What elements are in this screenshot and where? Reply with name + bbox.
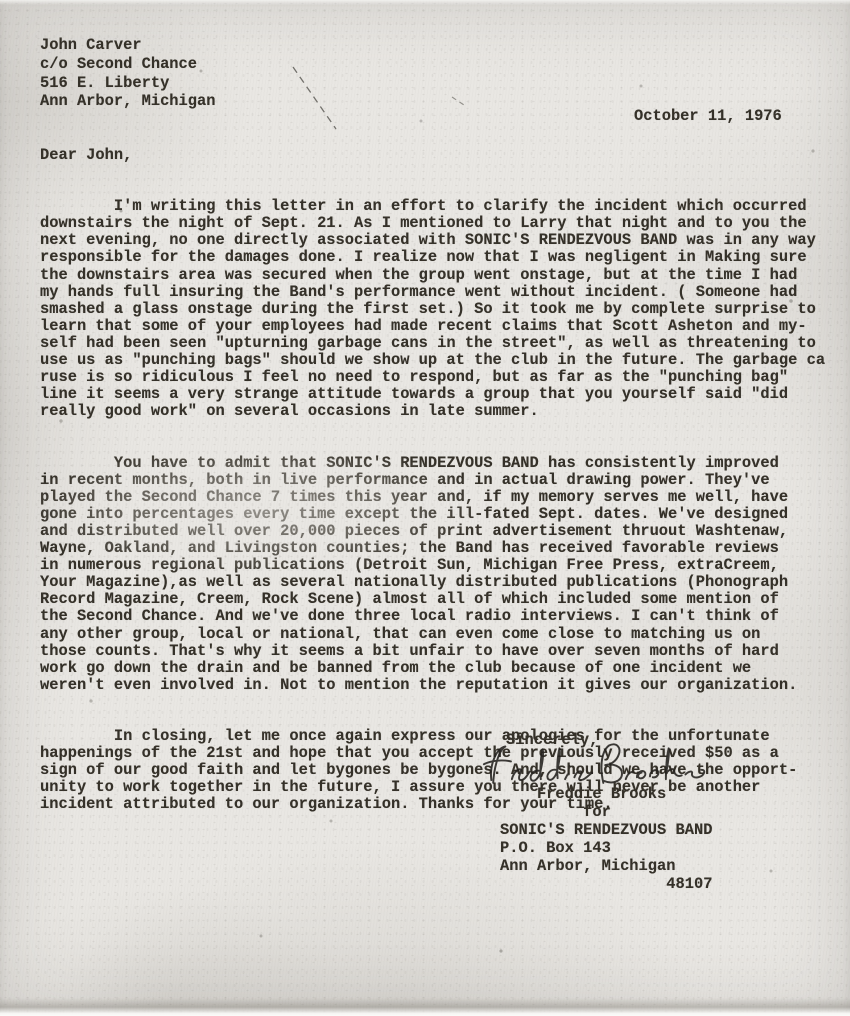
letter-date: October 11, 1976 (634, 107, 782, 125)
signature-block: Freddie Brooks for SONIC'S RENDEZVOUS BA… (500, 785, 712, 893)
paragraph-1: I'm writing this letter in an effort to … (40, 198, 825, 420)
scan-top-edge (0, 0, 850, 5)
paragraph-2: You have to admit that SONIC'S RENDEZVOU… (40, 455, 825, 694)
salutation: Dear John, (40, 146, 132, 164)
scan-specks (0, 0, 2, 2)
recipient-address: John Carver c/o Second Chance 516 E. Lib… (40, 36, 215, 111)
letter-page: John Carver c/o Second Chance 516 E. Lib… (0, 0, 850, 1016)
scan-bottom-edge (0, 998, 850, 1016)
